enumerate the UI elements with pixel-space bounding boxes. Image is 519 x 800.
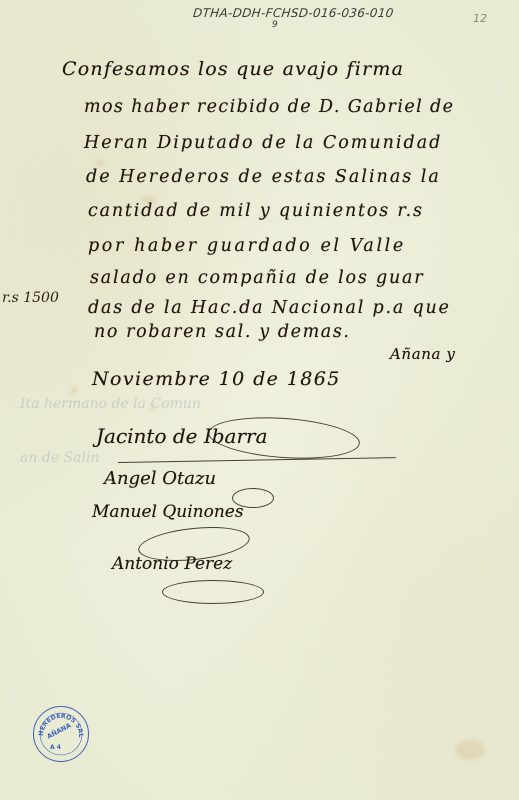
stain xyxy=(70,386,78,394)
signature-4: Antonio Perez xyxy=(112,554,232,574)
signature-2: Angel Otazu xyxy=(104,468,216,489)
body-line-2: mos haber recibido de D. Gabriel de xyxy=(84,97,454,117)
folio-number: 12 xyxy=(473,12,487,25)
archive-reference: DTHA-DDH-FCHSD-016-036-010 xyxy=(192,6,394,20)
body-line-4: de Herederos de estas Salinas la xyxy=(86,167,441,187)
bleed-through-text: Ita hermano de la Comun xyxy=(20,396,201,412)
body-line-8: das de la Hac.da Nacional p.a que xyxy=(88,298,451,318)
body-line-6: por haber guardado el Valle xyxy=(88,236,406,256)
body-line-5: cantidad de mil y quinientos r.s xyxy=(88,201,424,221)
place-name: Añana y xyxy=(390,345,455,363)
margin-amount-note: r.s 1500 xyxy=(2,290,59,306)
stamp-bottom-text: A 4 xyxy=(50,744,61,751)
stain xyxy=(455,740,485,760)
body-line-1: Confesamos los que avajo firma xyxy=(62,58,404,80)
date-line: Noviembre 10 de 1865 xyxy=(92,368,341,390)
body-line-7: salado en compañia de los guar xyxy=(90,268,424,288)
signature-flourish xyxy=(162,580,264,604)
signature-3: Manuel Quinones xyxy=(92,502,244,522)
archive-stamp: HEREDEROS SALINAS AÑANA A 4 xyxy=(33,706,89,762)
archive-reference-sub: 9 xyxy=(272,20,278,30)
stain xyxy=(95,160,105,166)
body-line-3: Heran Diputado de la Comunidad xyxy=(84,133,442,153)
bleed-through-text: an de Salin xyxy=(20,450,99,466)
body-line-9: no robaren sal. y demas. xyxy=(94,322,351,342)
